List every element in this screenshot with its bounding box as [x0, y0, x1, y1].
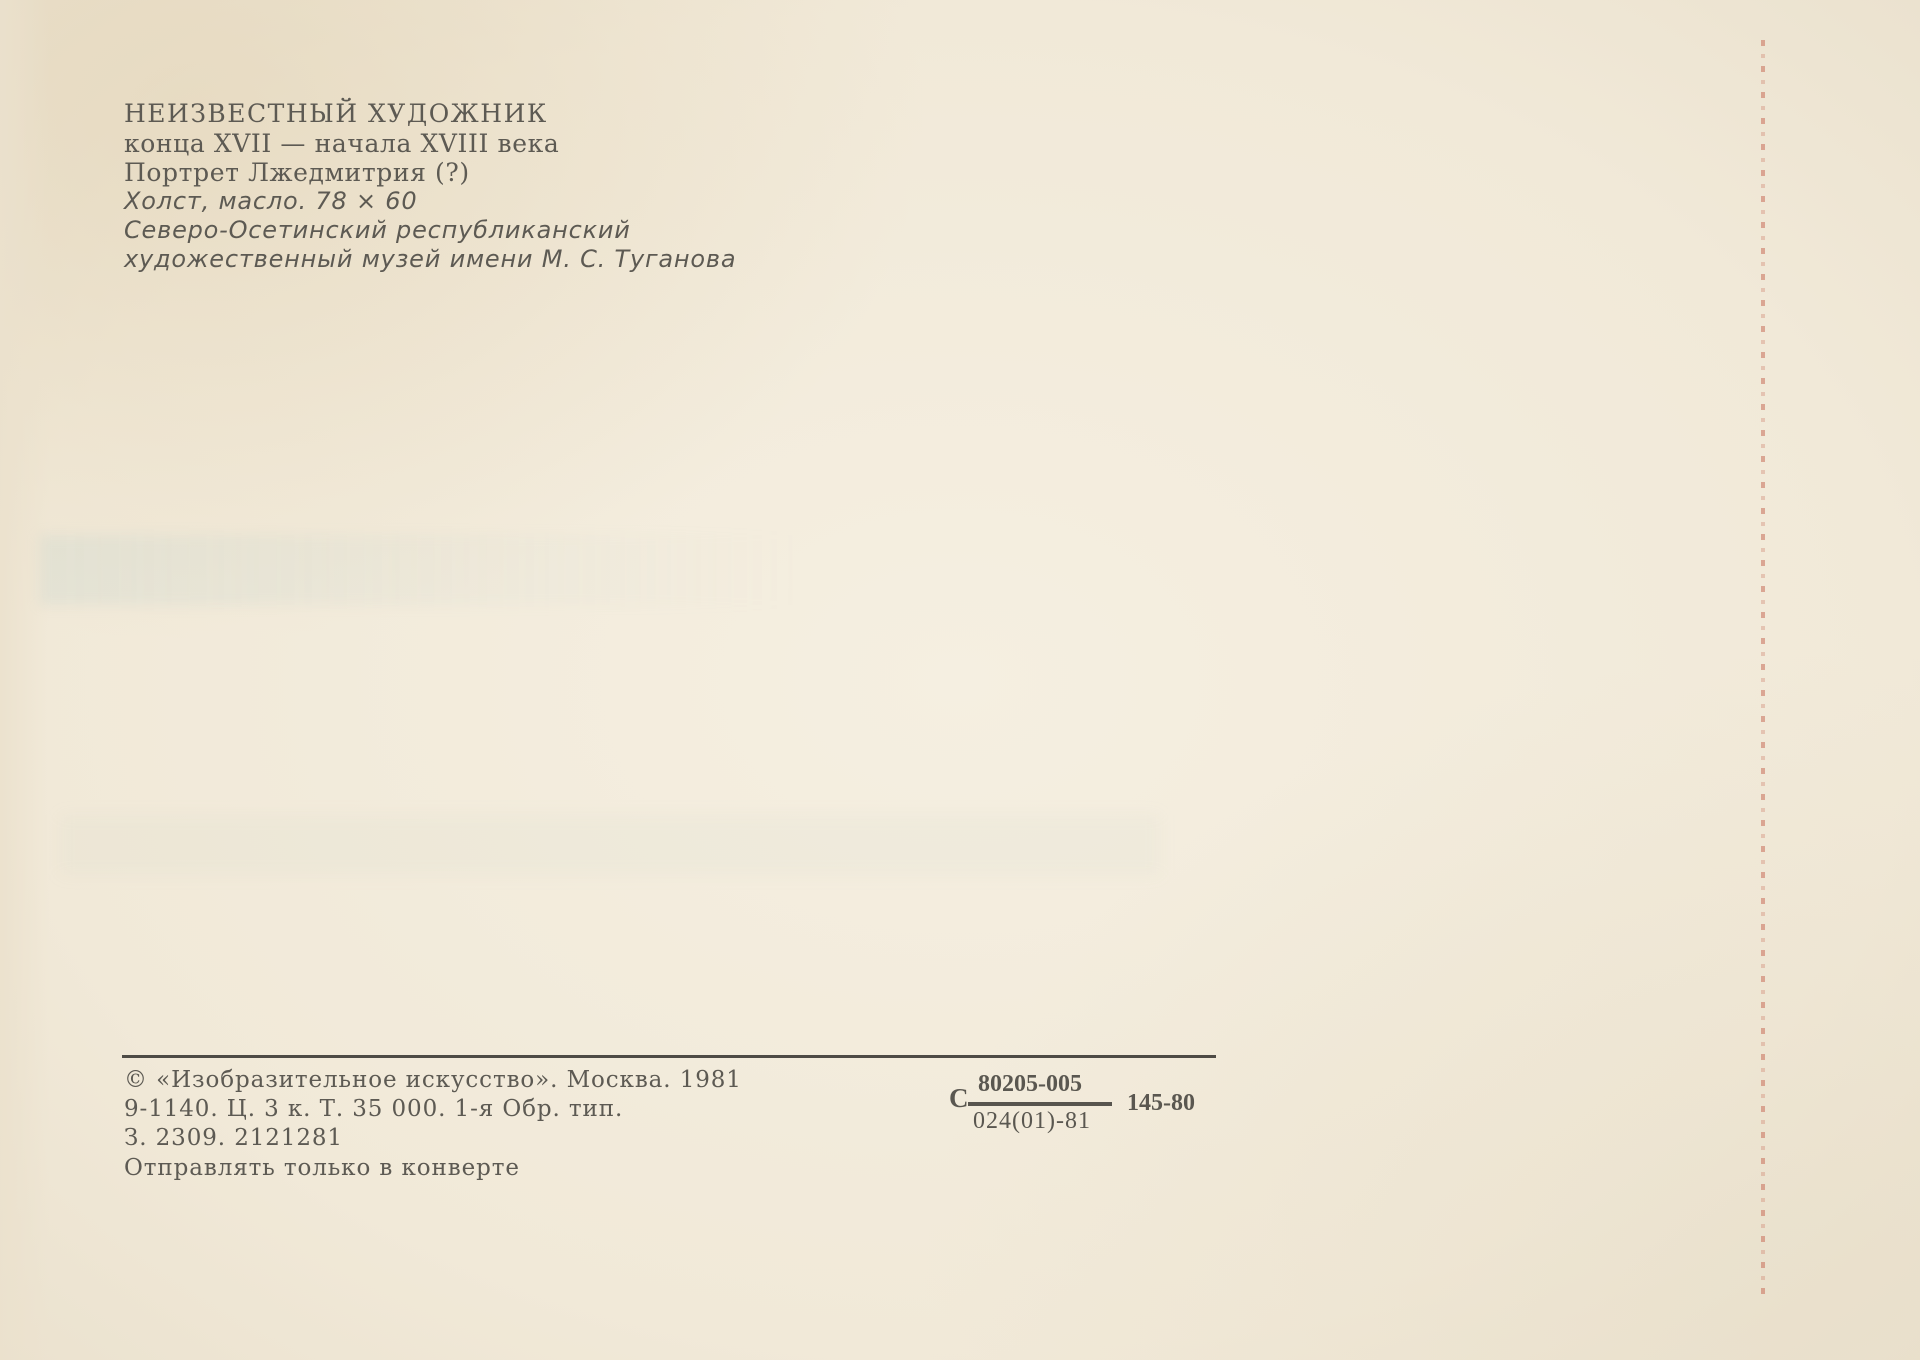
publisher-text: «Изобразительное искусство». Москва. 198… [156, 1067, 742, 1093]
museum-name-line2: художественный музей имени М. С. Туганов… [124, 247, 736, 271]
ink-show-through-lower [60, 815, 1160, 875]
catalog-denominator: 024(01)-81 [973, 1108, 1091, 1135]
artwork-period: конца XVII — начала XVIII века [124, 131, 559, 156]
imprint-divider [122, 1055, 1216, 1058]
catalog-suffix: 145-80 [1127, 1090, 1195, 1117]
fraction-bar [968, 1102, 1112, 1106]
ink-show-through [40, 535, 800, 605]
artwork-medium: Холст, масло. 78 × 60 [124, 189, 417, 213]
catalog-numerator: 80205-005 [978, 1071, 1082, 1098]
copyright-icon: © [124, 1067, 148, 1093]
artwork-title: Портрет Лжедмитрия (?) [124, 160, 470, 185]
order-number-line: З. 2309. 2121281 [124, 1127, 343, 1150]
publisher-line: © «Изобразительное искусство». Москва. 1… [124, 1069, 742, 1092]
museum-name-line1: Северо-Осетинский республиканский [124, 218, 631, 242]
paper-edge [0, 0, 50, 1360]
print-run-line: 9-1140. Ц. 3 к. Т. 35 000. 1-я Обр. тип. [124, 1098, 623, 1121]
red-dotted-divider-line [1761, 40, 1765, 1302]
mailing-notice: Отправлять только в конверте [124, 1157, 520, 1180]
artist-name: НЕИЗВЕСТНЫЙ ХУДОЖНИК [124, 101, 548, 126]
catalog-prefix: С [949, 1083, 969, 1114]
